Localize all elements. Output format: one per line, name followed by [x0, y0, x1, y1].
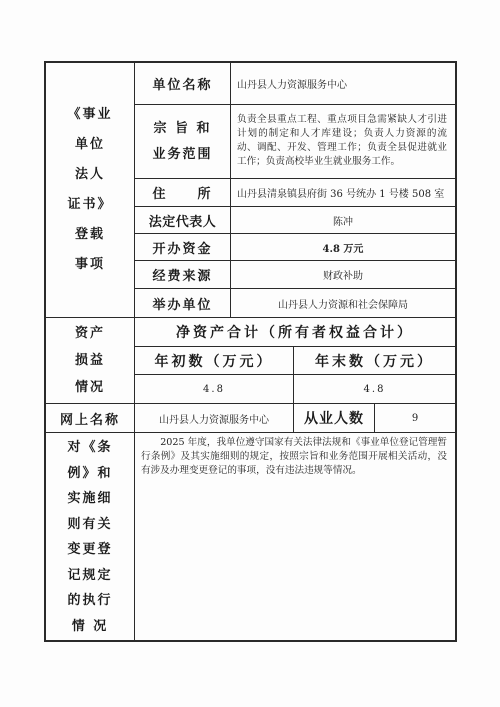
table-border-right	[455, 61, 457, 642]
online-name-label: 网上名称	[46, 404, 134, 432]
table-border-bottom	[44, 640, 457, 642]
funding-source-label: 经费来源	[135, 261, 230, 288]
registration-section-label: 《事业 单位 法人 证书》 登载 事项	[46, 63, 134, 317]
legal-rep-value: 陈冲	[231, 207, 455, 233]
label-line: 对《条	[67, 435, 112, 461]
compliance-section-label: 对《条 例》和 实施细 则有关 变更登 记规定 的执行 情 况	[46, 433, 134, 640]
staff-count-label: 从业人数	[294, 404, 374, 432]
label-line: 例》和	[67, 461, 112, 487]
label-line: 《事业	[67, 100, 112, 130]
compliance-text: 2025 年度，我单位遵守国家有关法律法规和《事业单位登记管理暂行条例》及其实施…	[135, 433, 455, 639]
label-line: 证书》	[67, 190, 112, 220]
label-line: 法人	[75, 160, 105, 190]
sponsor-value: 山丹县人力资源和社会保障局	[231, 289, 455, 317]
sponsor-label: 举办单位	[135, 289, 230, 317]
label-line: 登载	[75, 220, 105, 250]
label-line: 的执行	[67, 588, 112, 614]
label-line: 业务范围	[152, 142, 212, 168]
label-line: 单位	[75, 130, 105, 160]
end-year-header: 年末数（万元）	[294, 347, 455, 374]
start-capital-value: 4.8 万元	[231, 234, 455, 260]
purpose-scope-value: 负责全县重点工程、重点项目急需紧缺人才引进计划的制定和人才库建设；负责人力资源的…	[231, 110, 455, 177]
label-line: 实施细	[67, 486, 112, 512]
begin-year-value: 4.8	[135, 375, 293, 403]
net-assets-header: 净资产合计（所有者权益合计）	[135, 318, 455, 346]
legal-rep-label: 法定代表人	[135, 207, 230, 233]
unit-name-value: 山丹县人力资源服务中心	[231, 62, 455, 104]
label-line: 资产	[75, 320, 105, 347]
label-line: 记规定	[67, 563, 112, 589]
end-year-value: 4.8	[294, 375, 455, 403]
start-capital-label: 开办资金	[135, 234, 230, 260]
label-line: 变更登	[67, 537, 112, 563]
address-label: 住 所	[135, 179, 230, 206]
begin-year-header: 年初数（万元）	[135, 347, 293, 374]
staff-count-value: 9	[375, 404, 455, 432]
online-name-value: 山丹县人力资源服务中心	[135, 404, 293, 432]
label-line: 情况	[75, 374, 105, 401]
unit-name-label: 单位名称	[135, 62, 230, 104]
address-value: 山丹县清泉镇县府街 36 号统办 1 号楼 508 室	[231, 179, 455, 206]
label-line: 则有关	[67, 512, 112, 538]
funding-source-value: 财政补助	[231, 261, 455, 288]
document-page: 《事业 单位 法人 证书》 登载 事项 单位名称 山丹县人力资源服务中心 宗 旨…	[0, 0, 500, 707]
purpose-scope-label: 宗 旨 和 业务范围	[135, 105, 230, 178]
label-line: 事项	[75, 250, 105, 280]
assets-section-label: 资产 损益 情况	[46, 318, 134, 403]
label-line: 宗 旨 和	[153, 116, 211, 142]
label-line: 损益	[75, 347, 105, 374]
label-line: 情 况	[72, 614, 109, 640]
